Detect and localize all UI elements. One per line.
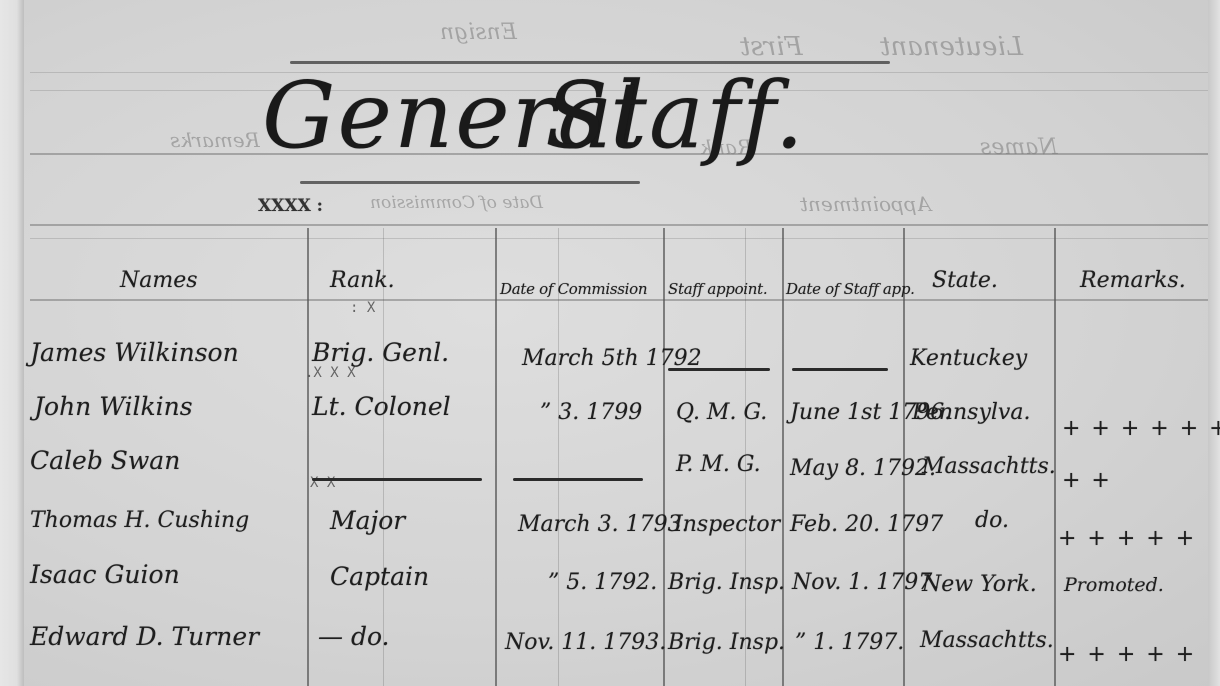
page-edge-right xyxy=(1208,0,1220,686)
cell-name: Isaac Guion xyxy=(30,560,180,589)
cell-state: Massachtts. xyxy=(920,628,1054,653)
cell-remarks: + + xyxy=(1062,468,1112,493)
cell-name: Caleb Swan xyxy=(30,446,180,475)
stray-mark: : X xyxy=(350,300,375,316)
cell-state: New York. xyxy=(922,572,1037,597)
bleed-through-text: Appointment xyxy=(800,192,931,216)
cell-rank: Lt. Colonel xyxy=(312,392,451,421)
cell-state: Massachtts. xyxy=(922,454,1056,479)
cell-remarks: + + + + + xyxy=(1058,526,1196,551)
cell-rank: — do. xyxy=(318,622,390,651)
cell-rank: Captain xyxy=(330,562,429,591)
bleed-through-text: First xyxy=(740,32,803,62)
column-header-staff-appointment: Staff appoint. xyxy=(668,280,767,298)
cell-staff-date: Feb. 20. 1797 xyxy=(790,512,943,537)
column-divider xyxy=(663,228,665,686)
cell-staff-appointment: Q. M. G. xyxy=(676,400,767,425)
cell-commission-date-blank xyxy=(513,478,643,481)
cell-name: James Wilkinson xyxy=(30,338,239,367)
bleed-through-text: Ensign xyxy=(440,20,517,45)
cell-state: do. xyxy=(975,508,1009,533)
column-header-remarks: Remarks. xyxy=(1080,268,1186,293)
title-word-staff: Staff xyxy=(545,62,775,169)
cell-staff-appointment: Brig. Insp. xyxy=(668,570,785,595)
cell-name: John Wilkins xyxy=(34,392,193,421)
page-edge-left xyxy=(0,0,24,686)
bleed-through-text: Date of Commission xyxy=(370,193,543,213)
scanned-document-page: First Lieutenant Ensign Names Remarks Ra… xyxy=(0,0,1220,686)
cell-staff-date: Nov. 1. 1797. xyxy=(792,570,939,595)
cell-name: Thomas H. Cushing xyxy=(30,508,249,533)
cell-staff-appointment: P. M. G. xyxy=(676,452,761,477)
column-divider xyxy=(383,228,384,686)
stray-mark: .X X X xyxy=(305,365,356,381)
column-header-commission-date: Date of Commission xyxy=(500,280,647,298)
cell-state: Kentuckey xyxy=(910,346,1027,371)
cell-staff-date: May 8. 1792. xyxy=(790,456,936,481)
column-header-rank: Rank. xyxy=(330,268,395,293)
cell-staff-appointment: Inspector xyxy=(674,512,780,537)
cell-state: Pennsylva. xyxy=(912,400,1030,425)
title-underline-bottom xyxy=(300,181,640,184)
ruled-line xyxy=(30,224,1208,226)
cell-staff-appointment-blank xyxy=(668,368,770,371)
cell-remarks: + + + + + + xyxy=(1062,416,1220,441)
title-period: . xyxy=(775,62,806,169)
cell-remarks: Promoted. xyxy=(1064,574,1164,596)
column-header-staff-date: Date of Staff app. xyxy=(786,280,915,298)
cell-rank: Major xyxy=(330,506,405,535)
cell-rank: Brig. Genl. xyxy=(312,338,449,367)
cell-commission-date: ” 5. 1792. xyxy=(548,570,657,595)
cell-staff-date-blank xyxy=(792,368,888,371)
cell-name: Edward D. Turner xyxy=(30,622,259,651)
cell-staff-appointment: Brig. Insp. xyxy=(668,630,785,655)
page-title-part2: Staff. xyxy=(545,62,806,169)
bleed-through-text: Remarks xyxy=(170,128,260,152)
column-header-names: Names xyxy=(120,268,198,293)
column-divider xyxy=(782,228,784,686)
annotation-marks: XXXX : xyxy=(258,196,323,216)
cell-commission-date: March 3. 1793. xyxy=(518,512,689,537)
ruled-line xyxy=(30,238,1208,239)
bleed-through-text: Lieutenant xyxy=(880,32,1023,62)
cell-commission-date: ” 3. 1799 xyxy=(540,400,642,425)
bleed-through-text: Names xyxy=(980,135,1058,160)
cell-rank-blank xyxy=(312,478,482,481)
cell-staff-date: ” 1. 1797. xyxy=(795,630,904,655)
cell-commission-date: Nov. 11. 1793. xyxy=(505,630,666,655)
header-rule xyxy=(30,299,1208,301)
column-divider xyxy=(495,228,497,686)
column-divider xyxy=(307,228,309,686)
cell-remarks: + + + + + xyxy=(1058,642,1196,667)
column-header-state: State. xyxy=(932,268,998,293)
